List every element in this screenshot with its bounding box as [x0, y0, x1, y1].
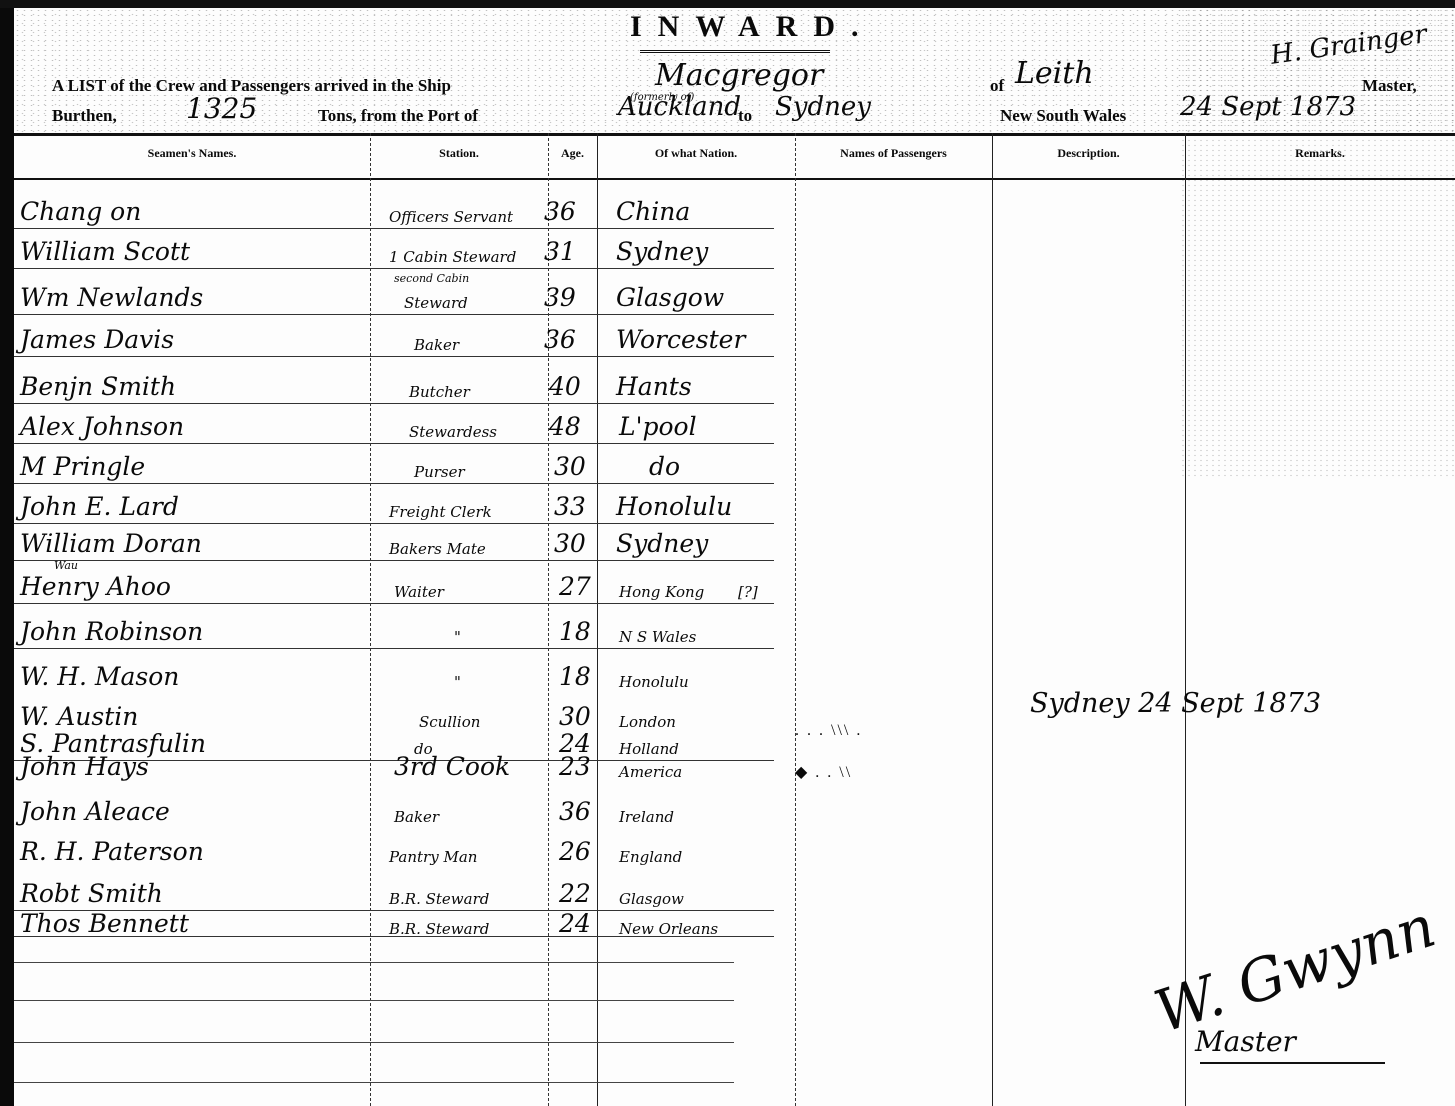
name-note: Wau — [54, 559, 78, 572]
table-row: John E. Lard Freight Clerk 33 Honolulu — [14, 485, 774, 525]
column-divider — [795, 133, 796, 1106]
table-row: John Hays 3rd Cook 23 America — [14, 745, 774, 785]
seaman-name: Alex Johnson — [20, 412, 184, 441]
seaman-age: 36 — [559, 797, 591, 826]
table-row: Wm Newlands second Cabin Steward 39 Glas… — [14, 276, 774, 316]
seaman-station: 1 Cabin Steward — [389, 248, 516, 266]
seaman-station: " — [454, 628, 461, 646]
state-label: New South Wales — [1000, 106, 1126, 126]
column-header-age: Age. — [548, 146, 597, 161]
seaman-nation: Hants — [616, 372, 692, 401]
seaman-station: Bakers Mate — [389, 540, 486, 558]
seaman-station: 3rd Cook — [394, 752, 510, 781]
seaman-nation: Glasgow — [616, 283, 724, 312]
seaman-station: Steward — [404, 294, 468, 312]
header-top-rule — [14, 133, 1455, 136]
table-row: Wau Henry Ahoo Waiter 27 Hong Kong [?] — [14, 565, 774, 605]
scan-left-border — [0, 0, 14, 1106]
seaman-nation: L'pool — [619, 412, 697, 441]
seaman-station: Pantry Man — [389, 848, 477, 866]
seaman-station: Baker — [414, 336, 459, 354]
master-signature: W. Gwynn — [1147, 892, 1444, 1046]
seaman-station: Waiter — [394, 583, 444, 601]
empty-row-rule — [14, 1000, 734, 1001]
seaman-age: 39 — [544, 283, 576, 312]
seaman-age: 40 — [549, 372, 581, 401]
seaman-age: 18 — [559, 662, 591, 691]
scan-top-border — [0, 0, 1455, 8]
title-underline — [640, 50, 830, 53]
column-header-remarks: Remarks. — [1185, 146, 1455, 161]
seaman-age: 26 — [559, 837, 591, 866]
table-row: Chang on Officers Servant 36 China — [14, 190, 774, 230]
seaman-age: 27 — [559, 572, 591, 601]
seaman-nation: N S Wales — [619, 628, 696, 646]
seaman-nation: Hong Kong — [619, 583, 704, 601]
arrival-date: 24 Sept 1873 — [1180, 92, 1356, 122]
seaman-nation: England — [619, 848, 682, 866]
seaman-station: Stewardess — [409, 423, 497, 441]
seaman-name: William Doran — [20, 529, 202, 558]
signature-underline — [1200, 1062, 1385, 1064]
empty-row-rule — [14, 1042, 734, 1043]
master-title: Master — [1195, 1025, 1296, 1058]
table-row: William Scott 1 Cabin Steward 31 Sydney — [14, 230, 774, 270]
seaman-name: Benjn Smith — [20, 372, 176, 401]
seaman-nation: Worcester — [616, 325, 745, 354]
table-row: W. H. Mason " 18 Honolulu — [14, 655, 774, 695]
seaman-nation: China — [616, 197, 690, 226]
from-port: Auckland — [618, 92, 741, 122]
remarks-arrival-note: Sydney 24 Sept 1873 — [1030, 688, 1321, 719]
seaman-station: Butcher — [409, 383, 470, 401]
ship-name: Macgregor — [655, 58, 823, 93]
seaman-nation: Honolulu — [619, 673, 689, 691]
table-row: Benjn Smith Butcher 40 Hants — [14, 365, 774, 405]
seaman-name: M Pringle — [20, 452, 145, 481]
seaman-name: John Robinson — [20, 617, 203, 646]
seaman-station: Officers Servant — [389, 208, 513, 226]
seaman-age: 33 — [554, 492, 586, 521]
seaman-nation: Honolulu — [616, 492, 732, 521]
table-row: M Pringle Purser 30 do — [14, 445, 774, 485]
row-rule — [14, 603, 774, 604]
seaman-nation: do — [649, 452, 680, 481]
seaman-name: W. H. Mason — [20, 662, 179, 691]
seaman-station: Freight Clerk — [389, 503, 492, 521]
column-header-station: Station. — [370, 146, 548, 161]
seaman-age: 30 — [554, 452, 586, 481]
table-row: Alex Johnson Stewardess 48 L'pool — [14, 405, 774, 445]
ditto-marks: ◆ . . \\ — [795, 762, 852, 782]
seaman-age: 30 — [554, 529, 586, 558]
seaman-age: 18 — [559, 617, 591, 646]
seaman-nation: America — [619, 763, 682, 781]
seaman-nation: Sydney — [616, 237, 708, 266]
seaman-nation: Sydney — [616, 529, 708, 558]
row-rule — [14, 648, 774, 649]
row-rule — [14, 560, 774, 561]
seaman-station: " — [454, 673, 461, 691]
table-row: John Aleace Baker 36 Ireland — [14, 790, 774, 830]
table-row: R. H. Paterson Pantry Man 26 England — [14, 830, 774, 870]
row-rule — [14, 356, 774, 357]
ditto-marks: . . . \\\ . — [795, 722, 862, 740]
row-rule — [14, 936, 774, 937]
seaman-nation: Ireland — [619, 808, 674, 826]
seaman-age: 36 — [544, 325, 576, 354]
column-header-nation: Of what Nation. — [597, 146, 795, 161]
tons-label: Tons, from the Port of — [318, 106, 478, 126]
station-note: second Cabin — [394, 272, 469, 285]
burthen-label: Burthen, — [52, 106, 117, 126]
table-row: William Doran Bakers Mate 30 Sydney — [14, 522, 774, 562]
seaman-name: William Scott — [20, 237, 190, 266]
seaman-age: 48 — [549, 412, 581, 441]
seaman-station: Purser — [414, 463, 465, 481]
column-divider — [992, 133, 993, 1106]
seaman-name: John E. Lard — [20, 492, 179, 521]
seaman-name: James Davis — [20, 325, 174, 354]
seaman-station: Baker — [394, 808, 439, 826]
column-header-seamens-names: Seamen's Names. — [14, 146, 370, 161]
bracket-mark: [?] — [738, 583, 758, 601]
document-title: INWARD. — [630, 10, 875, 44]
row-rule — [14, 268, 774, 269]
seaman-name: John Hays — [20, 752, 149, 781]
column-divider — [1185, 133, 1186, 1106]
seaman-name: Chang on — [20, 197, 141, 226]
seaman-name: Thos Bennett — [20, 909, 189, 938]
row-rule — [14, 314, 774, 315]
master-label: Master, — [1362, 76, 1417, 96]
seaman-age: 24 — [559, 909, 591, 938]
seaman-age: 31 — [544, 237, 576, 266]
table-row: James Davis Baker 36 Worcester — [14, 318, 774, 358]
seaman-age: 23 — [559, 752, 591, 781]
home-port: Leith — [1015, 56, 1094, 91]
table-row: John Robinson " 18 N S Wales — [14, 610, 774, 650]
row-rule — [14, 443, 774, 444]
seaman-name: R. H. Paterson — [20, 837, 204, 866]
to-label: to — [738, 106, 752, 126]
empty-row-rule — [14, 1082, 734, 1083]
row-rule — [14, 228, 774, 229]
of-label: of — [990, 76, 1004, 96]
empty-row-rule — [14, 962, 734, 963]
seaman-age: 36 — [544, 197, 576, 226]
column-header-passenger-names: Names of Passengers — [795, 146, 992, 161]
seaman-name: Wm Newlands — [20, 283, 203, 312]
to-port: Sydney — [775, 92, 871, 122]
seaman-name: John Aleace — [20, 797, 170, 826]
row-rule — [14, 483, 774, 484]
column-header-description: Description. — [992, 146, 1185, 161]
header-bottom-rule — [14, 178, 1455, 180]
tons-value: 1325 — [186, 92, 257, 125]
row-rule — [14, 403, 774, 404]
seaman-name: Henry Ahoo — [20, 572, 171, 601]
